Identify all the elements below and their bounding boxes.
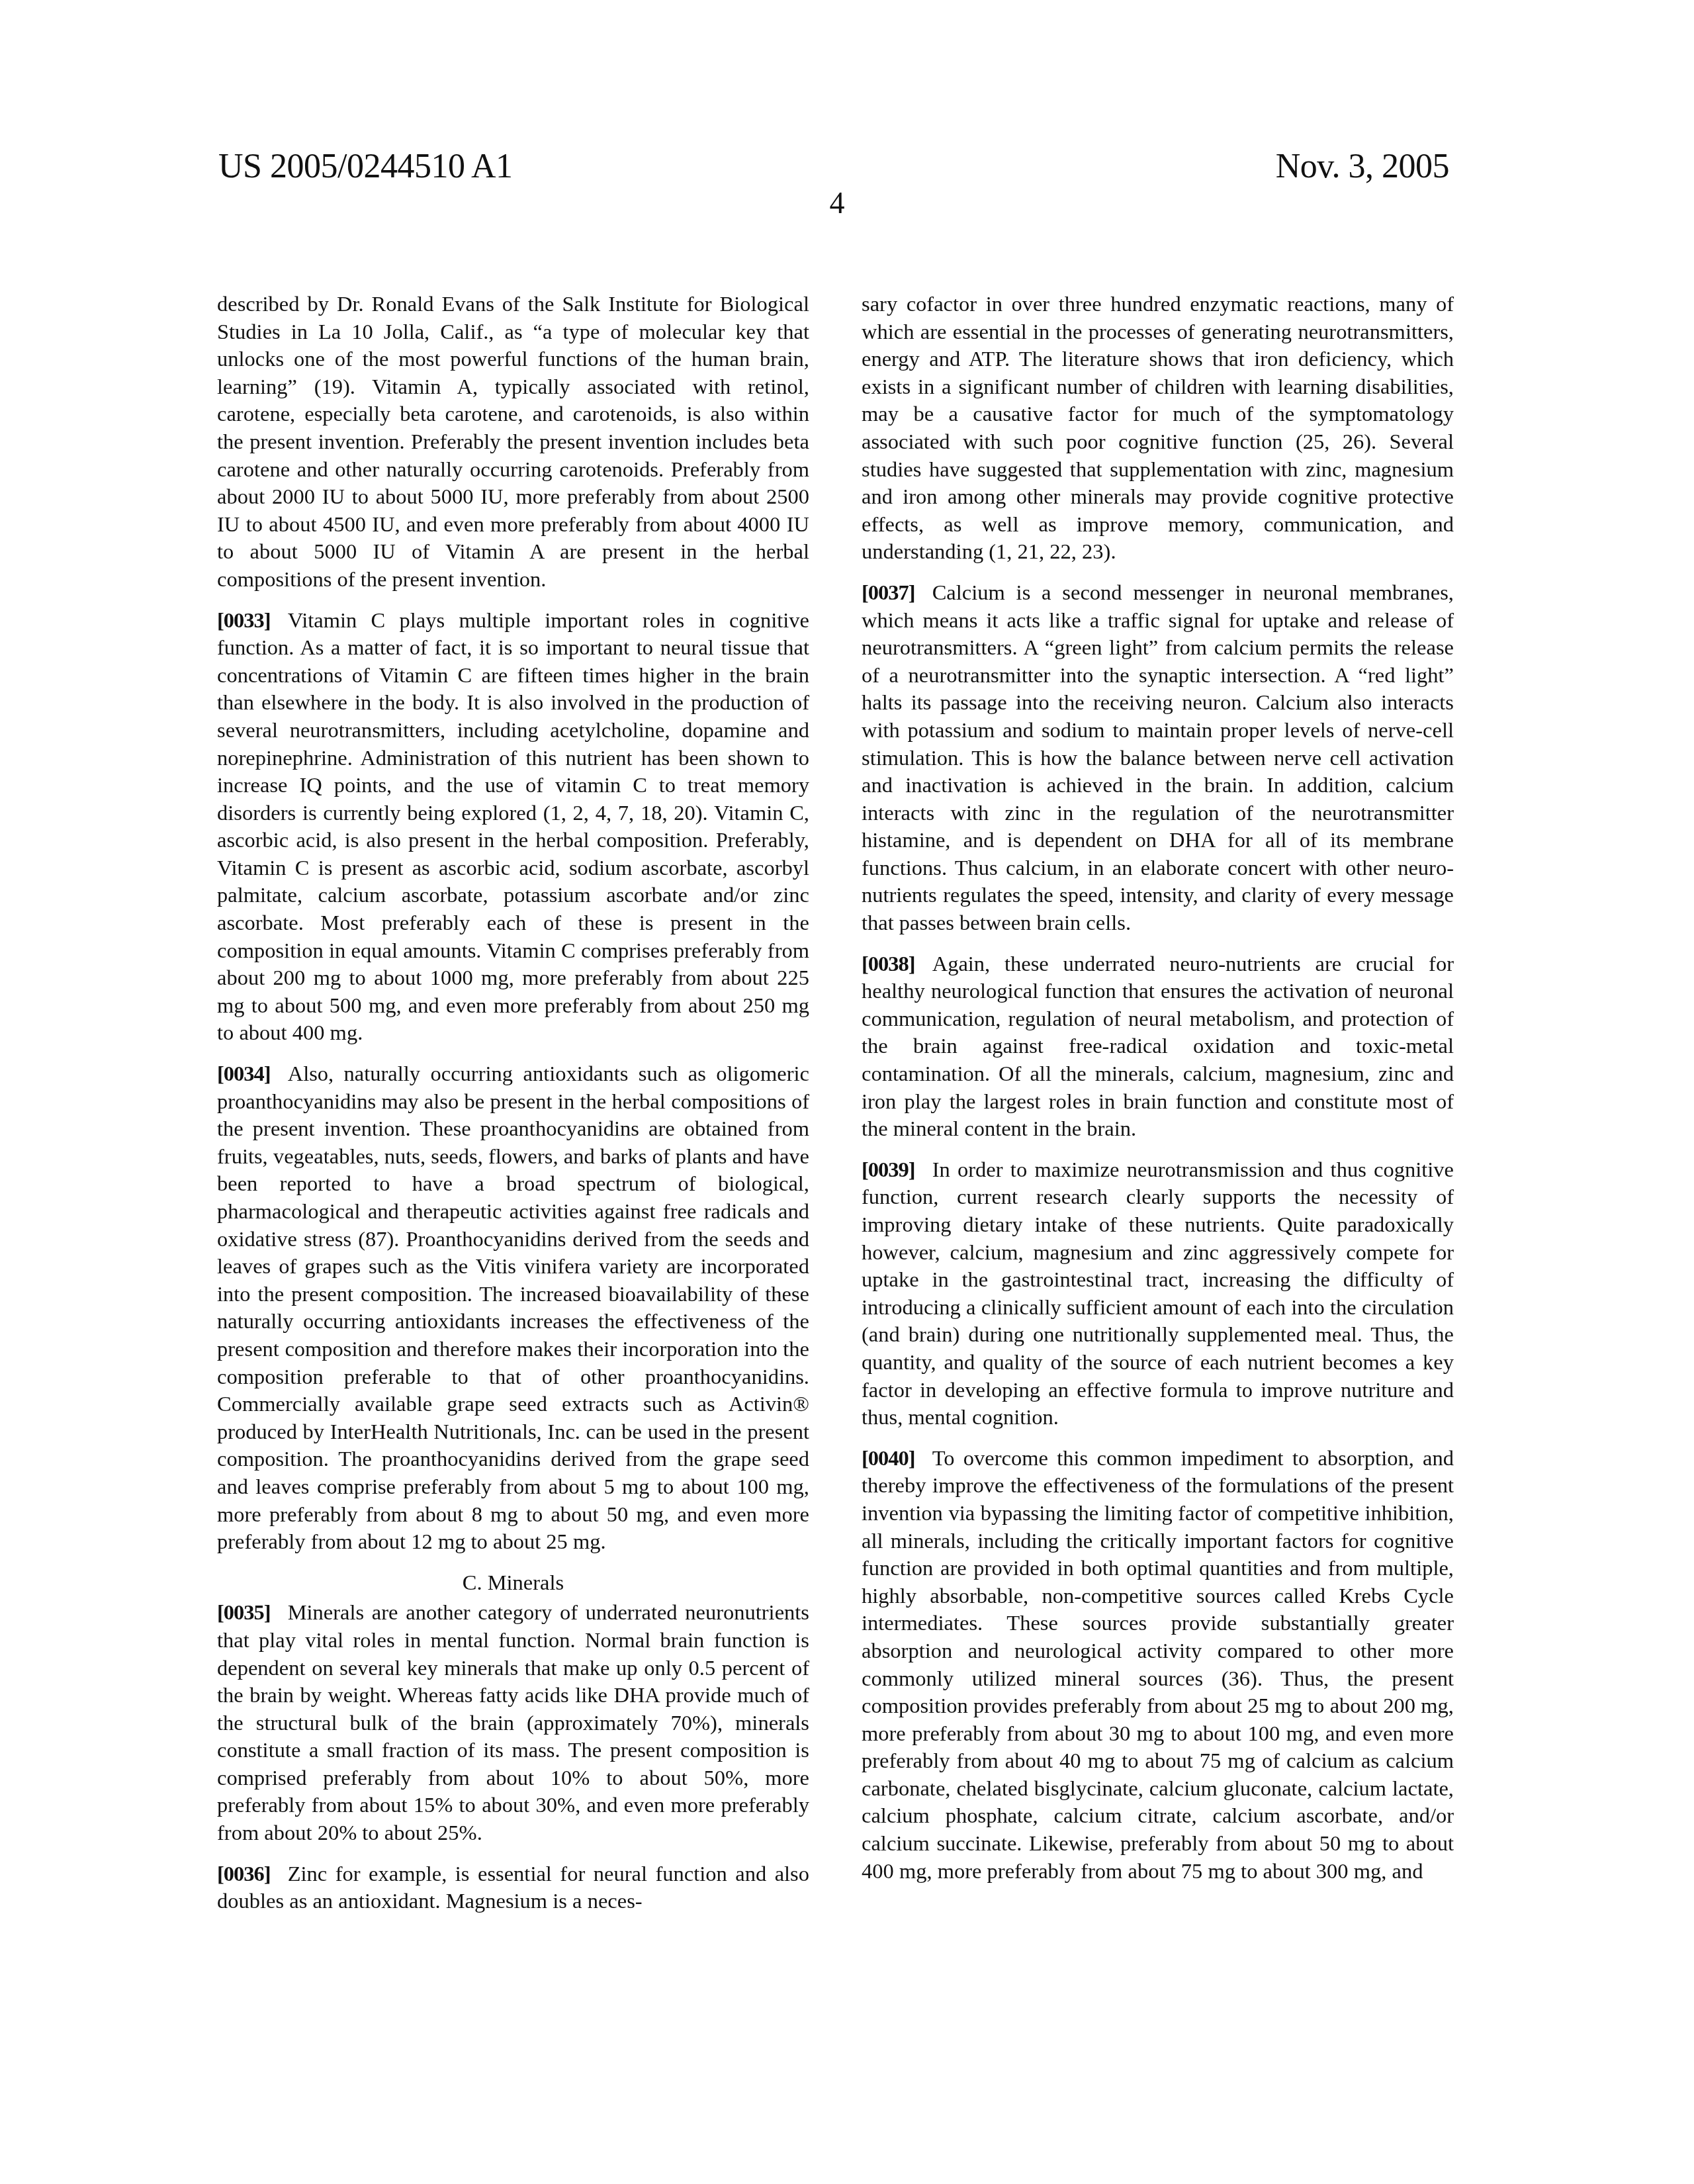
paragraph-text: Also, naturally occurring antioxidants s… [217, 1062, 809, 1554]
paragraph-text: Calcium is a second messenger in neurona… [862, 581, 1454, 935]
paragraph-number: [0034] [217, 1062, 271, 1086]
continued-paragraph: sary cofactor in over three hundred enzy… [862, 291, 1454, 567]
paragraph-number: [0038] [862, 952, 915, 976]
paragraph-0040: [0040]To overcome this common impediment… [862, 1445, 1454, 1886]
paragraph-number: [0037] [862, 581, 915, 605]
paragraph-number: [0039] [862, 1158, 915, 1182]
paragraph-text: In order to maximize neurotransmission a… [862, 1158, 1454, 1430]
paragraph-text: Zinc for example, is essential for neura… [217, 1862, 809, 1914]
page-number: 4 [821, 187, 854, 220]
page-header: US 2005/0244510 A1 Nov. 3, 2005 [218, 147, 1449, 187]
right-column: sary cofactor in over three hundred enzy… [862, 291, 1454, 1899]
paragraph-0033: [0033]Vitamin C plays multiple important… [217, 608, 809, 1048]
continued-paragraph: described by Dr. Ronald Evans of the Sal… [217, 291, 809, 594]
publication-date: Nov. 3, 2005 [1276, 147, 1449, 187]
paragraph-number: [0035] [217, 1601, 271, 1625]
paragraph-0034: [0034]Also, naturally occurring antioxid… [217, 1061, 809, 1557]
paragraph-text: Minerals are another category of underra… [217, 1601, 809, 1845]
left-column: described by Dr. Ronald Evans of the Sal… [217, 291, 809, 1929]
publication-number: US 2005/0244510 A1 [218, 147, 513, 187]
paragraph-0035: [0035]Minerals are another category of u… [217, 1600, 809, 1847]
paragraph-number: [0036] [217, 1862, 271, 1886]
paragraph-text: Vitamin C plays multiple important roles… [217, 609, 809, 1046]
paragraph-0039: [0039]In order to maximize neurotransmis… [862, 1157, 1454, 1432]
section-heading: C. Minerals [217, 1570, 809, 1598]
paragraph-number: [0040] [862, 1447, 915, 1471]
paragraph-0037: [0037]Calcium is a second messenger in n… [862, 580, 1454, 938]
paragraph-number: [0033] [217, 609, 271, 633]
paragraph-0038: [0038]Again, these underrated neuro-nutr… [862, 951, 1454, 1144]
paragraph-text: To overcome this common impediment to ab… [862, 1447, 1454, 1884]
paragraph-0036: [0036]Zinc for example, is essential for… [217, 1861, 809, 1916]
paragraph-text: Again, these underrated neuro-nutrients … [862, 952, 1454, 1142]
